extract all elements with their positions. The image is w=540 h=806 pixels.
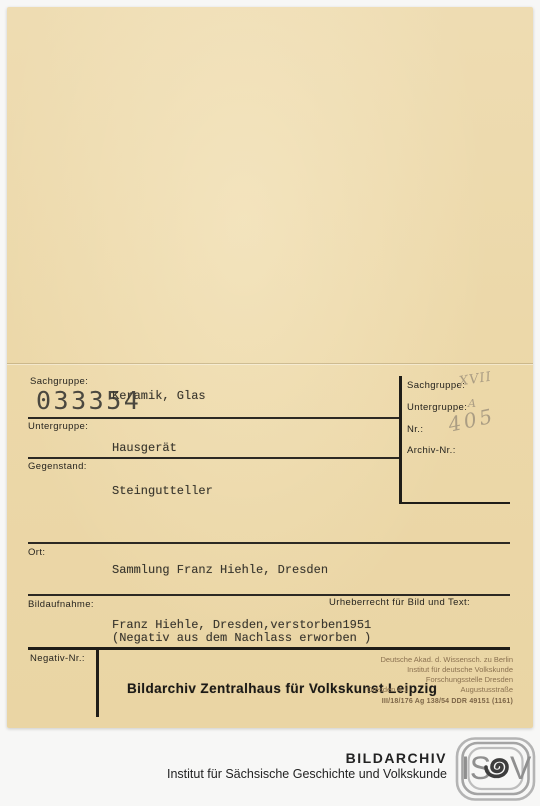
corner-sachgruppe-handwritten: XVII bbox=[458, 371, 493, 389]
footer-title: BILDARCHIV bbox=[167, 751, 447, 766]
negativ-divider-line bbox=[96, 647, 99, 717]
imprint-line1: Deutsche Akad. d. Wissensch. zu Berlin bbox=[353, 655, 513, 665]
archive-index-card: Sachgruppe: 033354 Keramik, Glas Untergr… bbox=[7, 7, 533, 728]
corner-box-left-border bbox=[399, 376, 402, 504]
rule-under-untergruppe bbox=[28, 457, 399, 459]
scanned-card-page: Sachgruppe: 033354 Keramik, Glas Untergr… bbox=[0, 0, 540, 806]
urheberrecht-label: Urheberrecht für Bild und Text: bbox=[329, 598, 470, 608]
imprint-line3: Forschungsstelle Dresden bbox=[353, 675, 513, 685]
corner-box-bottom-border bbox=[399, 502, 510, 505]
footer-branding: BILDARCHIV Institut für Sächsische Gesch… bbox=[167, 751, 447, 782]
imprint-line5: III/18/176 Ag 138/54 DDR 49151 (1161) bbox=[353, 697, 513, 707]
bildaufnahme-value-line2: (Negativ aus dem Nachlass erworben ) bbox=[112, 632, 371, 645]
rule-under-sachgruppe bbox=[28, 417, 399, 419]
imprint-line2: Institut für deutsche Volkskunde bbox=[353, 665, 513, 675]
footer-subtitle: Institut für Sächsische Geschichte und V… bbox=[167, 767, 447, 782]
negativ-nr-label: Negativ-Nr.: bbox=[30, 654, 85, 664]
rule-above-ort bbox=[28, 542, 510, 544]
ort-label: Ort: bbox=[28, 548, 45, 558]
fold-crease bbox=[7, 363, 533, 365]
printer-imprint: Deutsche Akad. d. Wissensch. zu Berlin I… bbox=[353, 655, 513, 707]
sachgruppe-value: Keramik, Glas bbox=[112, 390, 206, 403]
corner-archiv-nr-label: Archiv-Nr.: bbox=[407, 446, 456, 456]
gegenstand-value: Steingutteller bbox=[112, 485, 213, 498]
imprint-line4: Dresden A 1 Augustusstraße bbox=[353, 685, 513, 695]
imprint-line4-right: Augustusstraße bbox=[460, 685, 513, 695]
isgv-logo: IS V bbox=[455, 736, 537, 803]
logo-letter-v: V bbox=[510, 750, 532, 786]
corner-nr-label: Nr.: bbox=[407, 425, 423, 435]
rule-above-bildaufnahme bbox=[28, 594, 510, 596]
untergruppe-label: Untergruppe: bbox=[28, 422, 88, 432]
bildaufnahme-label: Bildaufnahme: bbox=[28, 600, 94, 610]
imprint-line4-left: Dresden A 1 bbox=[367, 685, 408, 695]
untergruppe-value: Hausgerät bbox=[112, 442, 177, 455]
rule-above-negativ bbox=[28, 647, 510, 650]
ort-value: Sammlung Franz Hiehle, Dresden bbox=[112, 564, 328, 577]
corner-sachgruppe-label: Sachgruppe: bbox=[407, 381, 465, 391]
gegenstand-label: Gegenstand: bbox=[28, 462, 87, 472]
